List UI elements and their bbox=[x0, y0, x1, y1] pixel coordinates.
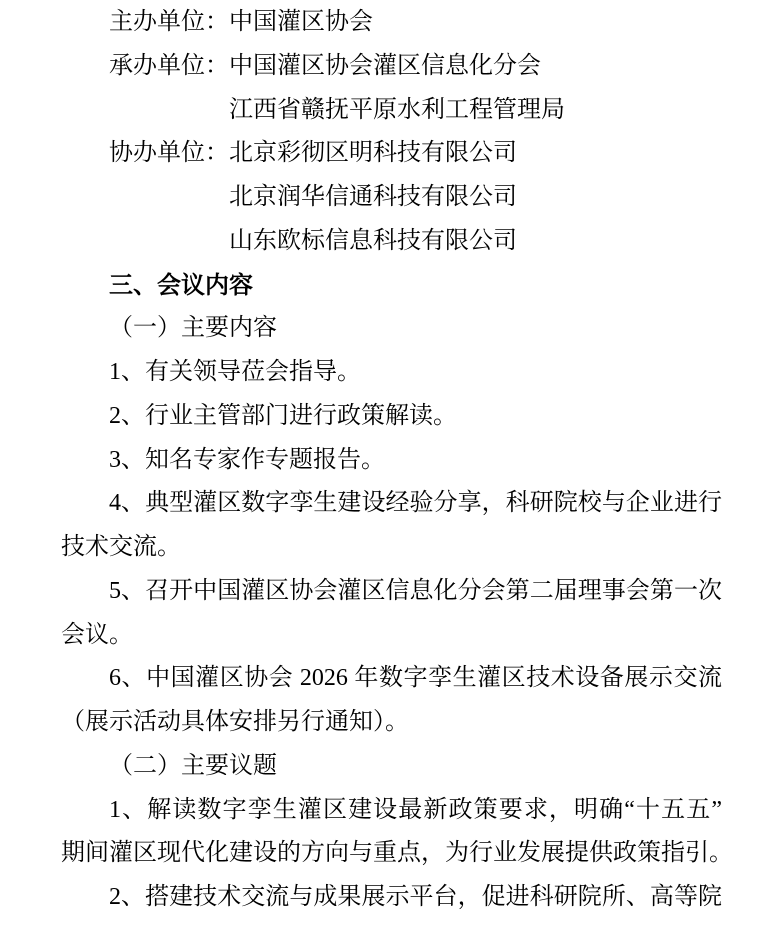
line-co-organizer-unit-2: 北京润华信通科技有限公司 bbox=[61, 176, 722, 220]
topic-1-policy-interpretation: 1、解读数字孪生灌区建设最新政策要求，明确“十五五” bbox=[61, 789, 722, 833]
subheading-main-content: （一）主要内容 bbox=[61, 307, 722, 351]
section-heading-meeting-content: 三、会议内容 bbox=[61, 264, 722, 308]
item-4-continuation: 技术交流。 bbox=[61, 526, 722, 570]
line-co-organizer-unit: 协办单位：北京彩彻区明科技有限公司 bbox=[61, 132, 722, 176]
line-undertaking-unit-2: 江西省赣抚平原水利工程管理局 bbox=[61, 89, 722, 133]
topic-2-exchange-platform: 2、搭建技术交流与成果展示平台，促进科研院所、高等院 bbox=[61, 876, 722, 920]
line-co-organizer-unit-3: 山东欧标信息科技有限公司 bbox=[61, 220, 722, 264]
item-1-leaders: 1、有关领导莅会指导。 bbox=[61, 351, 722, 395]
line-undertaking-unit: 承办单位：中国灌区协会灌区信息化分会 bbox=[61, 45, 722, 89]
item-6-equipment-expo: 6、中国灌区协会 2026 年数字孪生灌区技术设备展示交流 bbox=[61, 657, 722, 701]
item-5-continuation: 会议。 bbox=[61, 614, 722, 658]
item-3-expert-reports: 3、知名专家作专题报告。 bbox=[61, 439, 722, 483]
document-page: 主办单位：中国灌区协会 承办单位：中国灌区协会灌区信息化分会 江西省赣抚平原水利… bbox=[61, 1, 722, 920]
subheading-main-topics: （二）主要议题 bbox=[61, 745, 722, 789]
item-6-continuation: （展示活动具体安排另行通知）。 bbox=[61, 701, 722, 745]
topic-1-continuation: 期间灌区现代化建设的方向与重点，为行业发展提供政策指引。 bbox=[61, 832, 722, 876]
item-5-council-meeting: 5、召开中国灌区协会灌区信息化分会第二届理事会第一次 bbox=[61, 570, 722, 614]
line-host-unit: 主办单位：中国灌区协会 bbox=[61, 1, 722, 45]
item-2-policy-reading: 2、行业主管部门进行政策解读。 bbox=[61, 395, 722, 439]
item-4-experience-sharing: 4、典型灌区数字孪生建设经验分享，科研院校与企业进行 bbox=[61, 482, 722, 526]
